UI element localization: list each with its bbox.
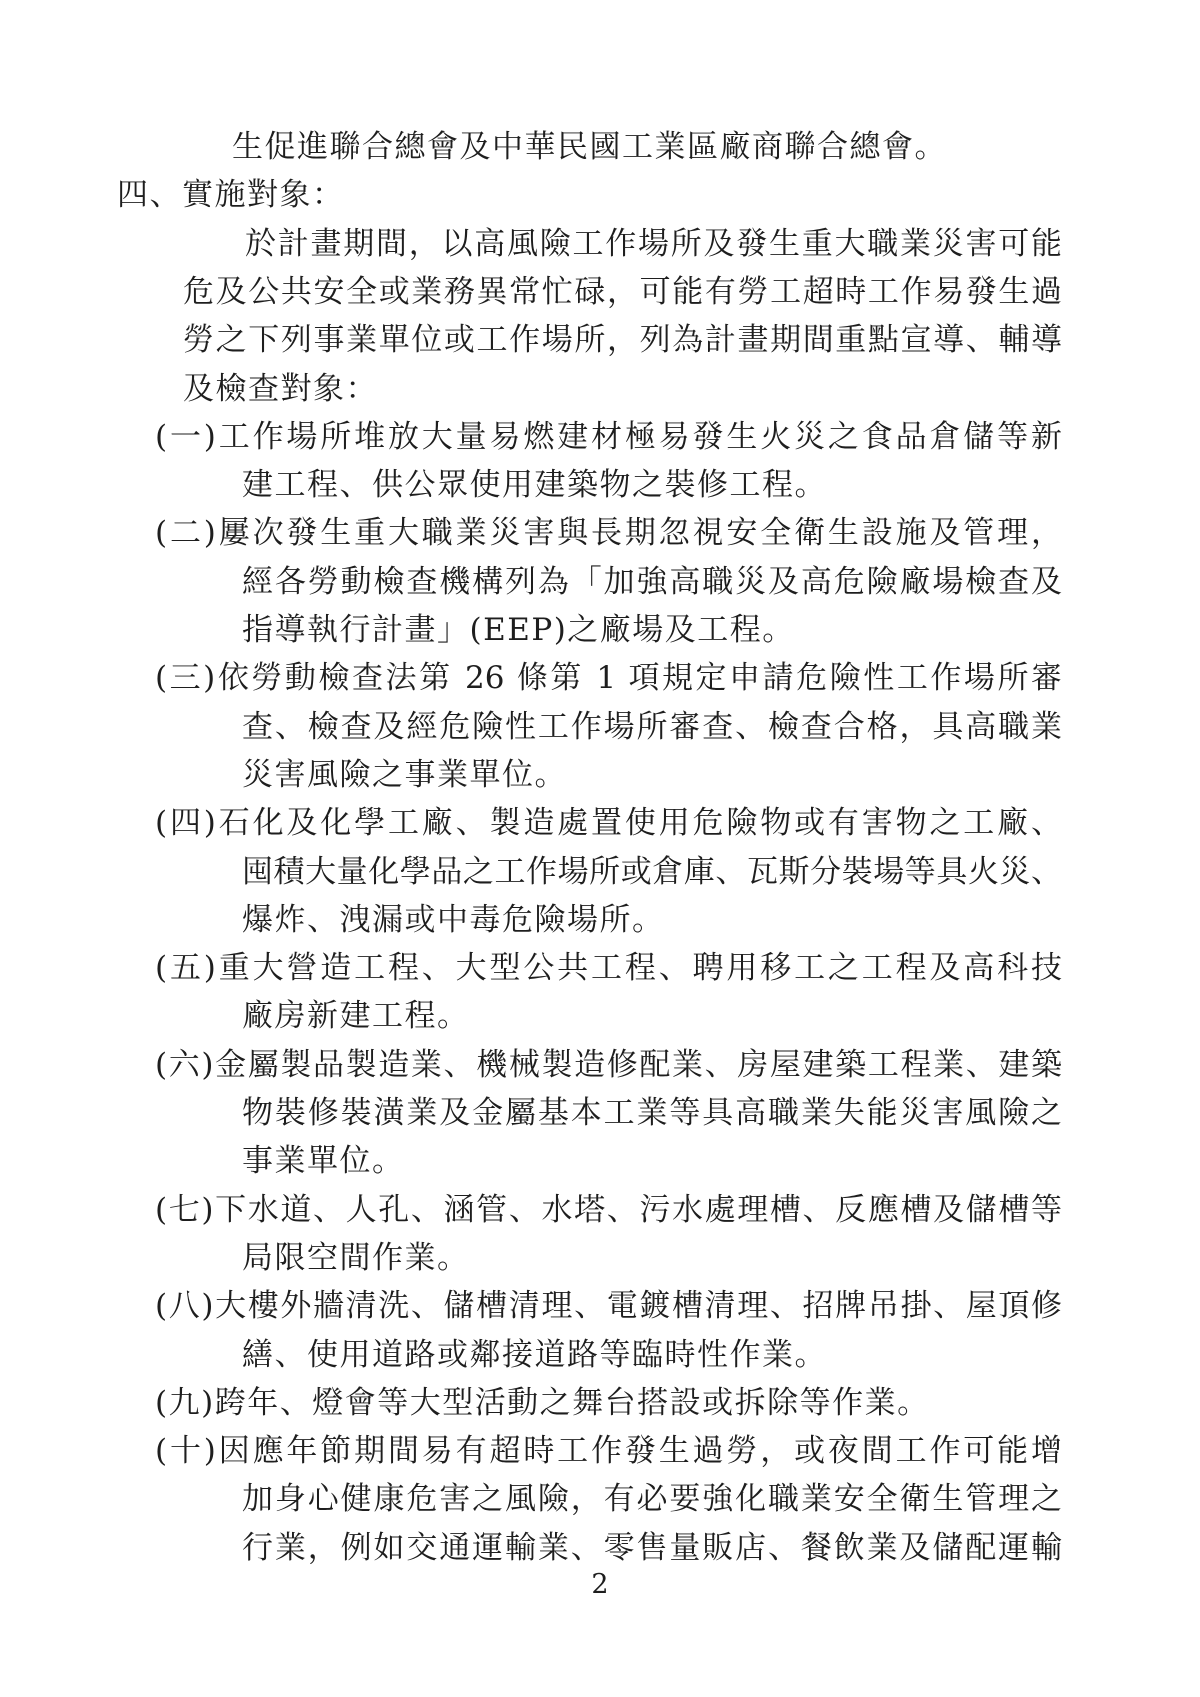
- list-item-line: (二)屢次發生重大職業災害與長期忽視安全衛生設施及管理，: [155, 513, 1062, 553]
- list-item-continuation: 經各勞動檢查機構列為「加強高職災及高危險廠場檢查及: [242, 562, 1062, 602]
- list-item-line: (四)石化及化學工廠、製造處置使用危險物或有害物之工廠、: [155, 803, 1062, 843]
- list-item-continuation: 建工程、供公眾使用建築物之裝修工程。: [242, 465, 827, 505]
- list-item-line: (九)跨年、燈會等大型活動之舞台搭設或拆除等作業。: [155, 1383, 930, 1423]
- paragraph-line: 於計畫期間，以高風險工作場所及發生重大職業災害可能: [245, 224, 1062, 264]
- list-item-continuation: 查、檢查及經危險性工作場所審查、檢查合格，具高職業: [242, 707, 1062, 747]
- section-heading: 四、實施對象：: [117, 175, 345, 215]
- paragraph-line: 危及公共安全或業務異常忙碌，可能有勞工超時工作易發生過: [183, 272, 1062, 312]
- list-item-line: (五)重大營造工程、大型公共工程、聘用移工之工程及高科技: [155, 948, 1062, 988]
- list-item-line: (八)大樓外牆清洗、儲槽清理、電鍍槽清理、招牌吊掛、屋頂修: [155, 1286, 1062, 1326]
- list-item-line: (七)下水道、人孔、涵管、水塔、污水處理槽、反應槽及儲槽等: [155, 1190, 1062, 1230]
- list-item-continuation: 物裝修裝潢業及金屬基本工業等具高職業失能災害風險之: [242, 1093, 1062, 1133]
- list-item-line: (一)工作場所堆放大量易燃建材極易發生火災之食品倉儲等新: [155, 417, 1062, 457]
- list-item-continuation: 災害風險之事業單位。: [242, 755, 567, 795]
- text-line-intro: 生促進聯合總會及中華民國工業區廠商聯合總會。: [232, 127, 947, 167]
- list-item-line: (六)金屬製品製造業、機械製造修配業、房屋建築工程業、建築: [155, 1045, 1062, 1085]
- list-item-continuation: 事業單位。: [242, 1141, 405, 1181]
- list-item-continuation: 廠房新建工程。: [242, 996, 470, 1036]
- list-item-continuation: 繕、使用道路或鄰接道路等臨時性作業。: [242, 1335, 827, 1375]
- paragraph-line: 勞之下列事業單位或工作場所，列為計畫期間重點宣導、輔導: [183, 320, 1062, 360]
- list-item-continuation: 爆炸、洩漏或中毒危險場所。: [242, 900, 665, 940]
- list-item-continuation: 指導執行計畫」(EEP)之廠場及工程。: [242, 610, 795, 650]
- list-item-continuation: 加身心健康危害之風險，有必要強化職業安全衛生管理之: [242, 1479, 1062, 1519]
- list-item-continuation: 囤積大量化學品之工作場所或倉庫、瓦斯分裝場等具火災、: [242, 852, 1062, 892]
- list-item-continuation: 行業，例如交通運輸業、零售量販店、餐飲業及儲配運輸: [242, 1528, 1062, 1568]
- list-item-line: (三)依勞動檢查法第 26 條第 1 項規定申請危險性工作場所審: [155, 658, 1062, 698]
- page-number: 2: [0, 1570, 1200, 1600]
- list-item-continuation: 局限空間作業。: [242, 1238, 470, 1278]
- paragraph-line: 及檢查對象：: [183, 369, 378, 409]
- document-page: 生促進聯合總會及中華民國工業區廠商聯合總會。四、實施對象：於計畫期間，以高風險工…: [0, 0, 1200, 1697]
- list-item-line: (十)因應年節期間易有超時工作發生過勞，或夜間工作可能增: [155, 1431, 1062, 1471]
